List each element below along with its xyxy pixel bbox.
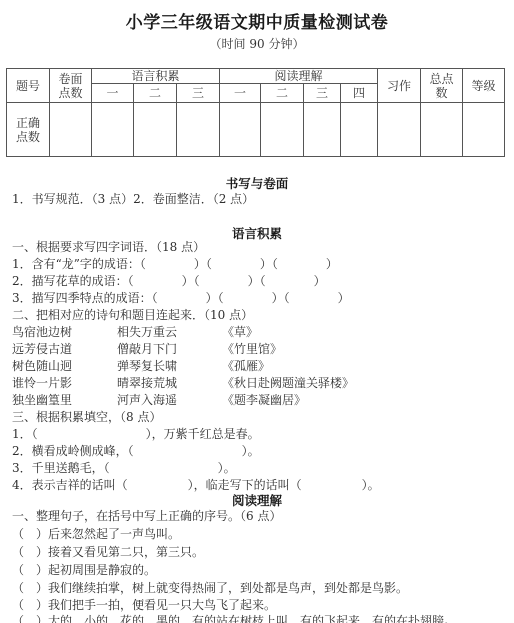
poem-title: 《竹里馆》 xyxy=(222,341,282,357)
poem-title: 《题李凝幽居》 xyxy=(222,392,306,408)
poem-line-a: 鸟宿池边树 xyxy=(12,324,72,340)
poem-line-a: 远芳侵古道 xyxy=(12,341,72,357)
header-read-col-4: 四 xyxy=(341,84,378,103)
cell-read-4[interactable] xyxy=(341,103,378,157)
question-item: 3．千里送鹅毛，（ ）。 xyxy=(12,460,236,476)
header-writing: 习作 xyxy=(378,69,421,103)
exam-duration: （时间 90 分钟） xyxy=(0,35,514,52)
ordering-item: （ ）后来忽然起了一声鸟叫。 xyxy=(12,526,180,542)
header-grade: 等级 xyxy=(463,69,505,103)
cell-read-3[interactable] xyxy=(304,103,341,157)
exam-title: 小学三年级语文期中质量检测试卷 xyxy=(0,8,514,33)
header-lang-col-3: 三 xyxy=(177,84,220,103)
header-read-col-3: 三 xyxy=(304,84,341,103)
score-table: 题号 卷面点数 语言积累 阅读理解 习作 总点数 等级 一 二 三 一 二 三 … xyxy=(6,68,505,157)
row-correct-points-label: 正确点数 xyxy=(7,103,50,157)
ordering-item: （ ）大的，小的，花的，黑的，有的站在树枝上叫，有的飞起来，有的在扑翅膀。 xyxy=(12,613,456,623)
poem-title: 《草》 xyxy=(222,324,258,340)
poem-title: 《秋日赴阙题潼关驿楼》 xyxy=(222,375,354,391)
ordering-item: （ ）接着又看见第二只，第三只。 xyxy=(12,544,204,560)
header-reading-comprehension: 阅读理解 xyxy=(220,69,378,84)
question-title: 一、整理句子，在括号中写上正确的序号。（6 点） xyxy=(12,508,281,524)
poem-line-b: 河声入海遥 xyxy=(117,392,177,408)
header-item: 题号 xyxy=(7,69,50,103)
question-title: 一、根据要求写四字词语．（18 点） xyxy=(12,239,205,255)
header-read-col-2: 二 xyxy=(261,84,304,103)
cell-grade[interactable] xyxy=(463,103,505,157)
poem-line-b: 僧敲月下门 xyxy=(117,341,177,357)
poem-line-a: 谁怜一片影 xyxy=(12,375,72,391)
poem-title: 《孤雁》 xyxy=(222,358,270,374)
poem-line-b: 相失万重云 xyxy=(117,324,177,340)
header-lang-col-2: 二 xyxy=(134,84,177,103)
question-item: 1．（ ），万紫千红总是春。 xyxy=(12,426,260,442)
ordering-item: （ ）我们把手一拍，便看见一只大鸟飞了起来。 xyxy=(12,597,276,613)
question-item: 3．描写四季特点的成语：（ ）（ ）（ ） xyxy=(12,290,350,306)
poem-line-a: 树色随山迥 xyxy=(12,358,72,374)
poem-line-b: 弹琴复长啸 xyxy=(117,358,177,374)
section-heading-writing: 书写与卷面 xyxy=(0,174,514,192)
section-heading-reading: 阅读理解 xyxy=(0,491,514,509)
cell-lang-1[interactable] xyxy=(92,103,134,157)
header-paper-points: 卷面点数 xyxy=(50,69,92,103)
header-language-accumulation: 语言积累 xyxy=(92,69,220,84)
cell-total[interactable] xyxy=(421,103,463,157)
question-item: 2．横看成岭侧成峰，（ ）。 xyxy=(12,443,260,459)
cell-lang-2[interactable] xyxy=(134,103,177,157)
header-total-points: 总点数 xyxy=(421,69,463,103)
cell-writing[interactable] xyxy=(378,103,421,157)
header-lang-col-1: 一 xyxy=(92,84,134,103)
cell-read-1[interactable] xyxy=(220,103,261,157)
ordering-item: （ ）起初周围是静寂的。 xyxy=(12,562,156,578)
question-item: 2．描写花草的成语：（ ）（ ）（ ） xyxy=(12,273,326,289)
cell-paper[interactable] xyxy=(50,103,92,157)
cell-lang-3[interactable] xyxy=(177,103,220,157)
poem-line-a: 独坐幽篁里 xyxy=(12,392,72,408)
question-item: 1．含有“龙”字的成语：（ ）（ ）（ ） xyxy=(12,256,338,272)
header-read-col-1: 一 xyxy=(220,84,261,103)
cell-read-2[interactable] xyxy=(261,103,304,157)
writing-criteria-line: 1．书写规范．（3 点）2．卷面整洁．（2 点） xyxy=(12,191,254,207)
question-title: 三、根据积累填空，（8 点） xyxy=(12,409,161,425)
question-title: 二、把相对应的诗句和题目连起来．（10 点） xyxy=(12,307,253,323)
poem-line-b: 晴翠接荒城 xyxy=(117,375,177,391)
ordering-item: （ ）我们继续拍掌，树上就变得热闹了，到处都是鸟声，到处都是鸟影。 xyxy=(12,580,408,596)
